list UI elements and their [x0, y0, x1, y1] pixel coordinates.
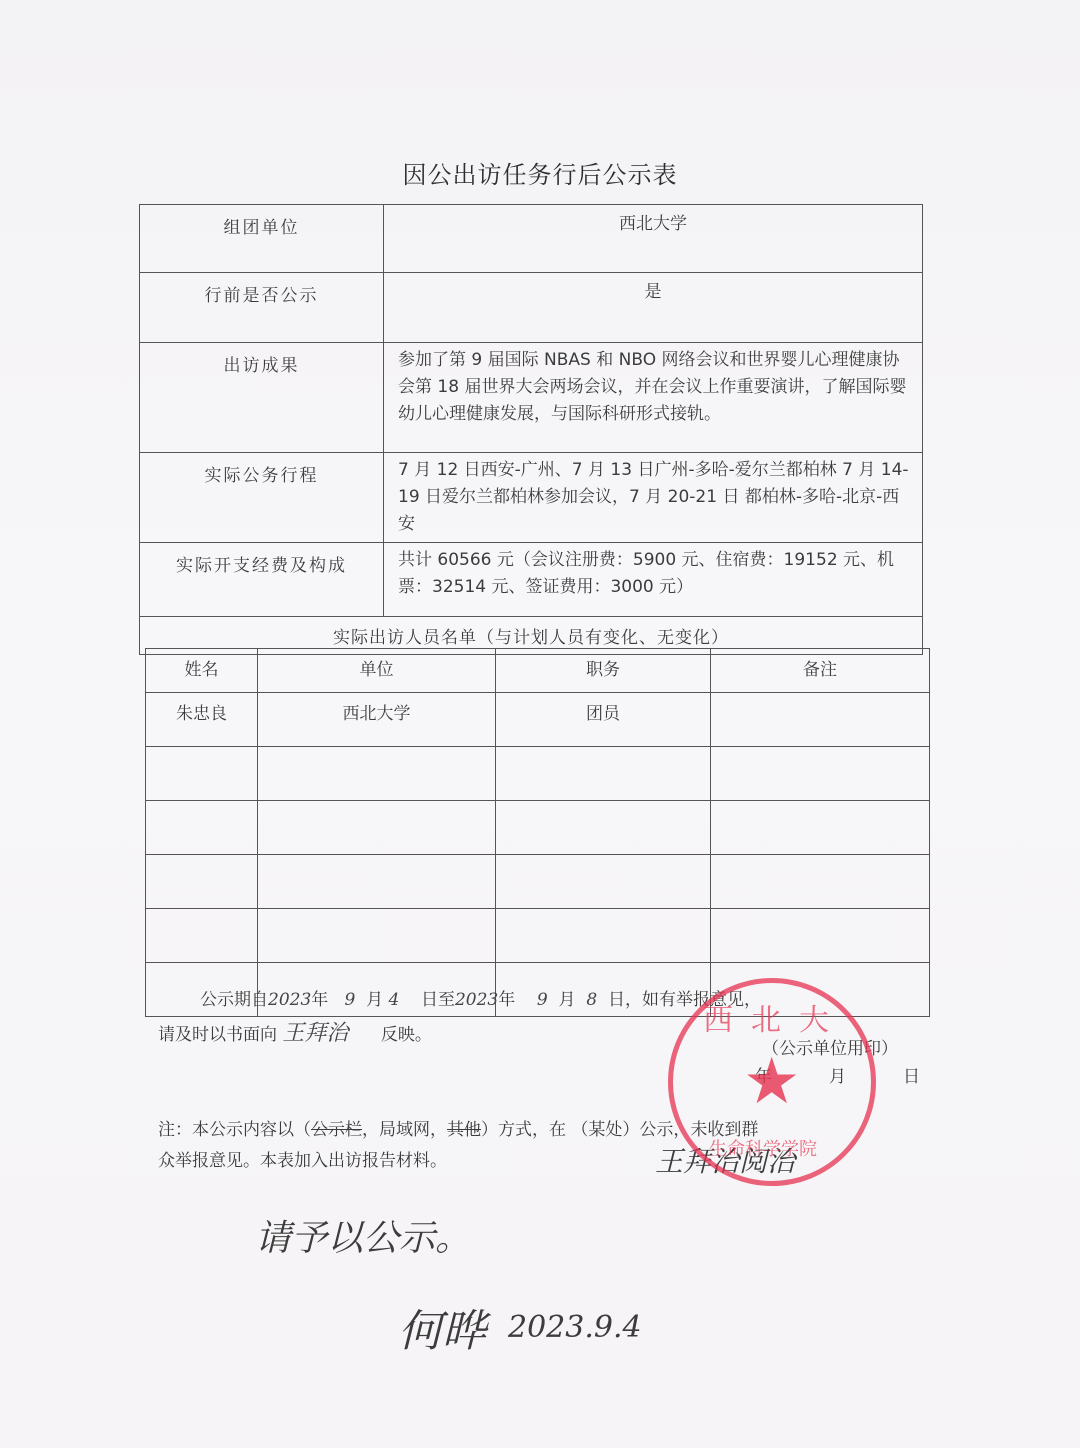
struck-option-bulletin: 公示栏 [311, 1120, 362, 1140]
start-month: 9 [344, 990, 355, 1010]
month-label: 月 [559, 990, 576, 1010]
stamp-date-labels: 年 月 日 [755, 1062, 920, 1087]
row-label: 实际开支经费及构成 [140, 543, 384, 617]
header-position: 职务 [496, 649, 711, 693]
notice-suffix: 日，如有举报意见， [608, 990, 761, 1010]
year-label: 年 [498, 990, 515, 1010]
approval-date: 2023.9.4 [508, 1310, 642, 1345]
table-row: 朱忠良 西北大学 团员 [146, 693, 930, 747]
table-row: 出访成果 参加了第 9 届国际 NBAS 和 NBO 网络会议和世界婴儿心理健康… [140, 343, 923, 453]
note-mid: ，局域网， [362, 1120, 447, 1140]
cell-remarks [711, 693, 930, 747]
cell-remarks [711, 801, 930, 855]
notice-period-line: 公示期自2023年 9 月 4 日至2023年 9 月 8 日，如有举报意见， [200, 985, 761, 1010]
cell-name [146, 909, 258, 963]
cell-position [496, 747, 711, 801]
cell-remarks [711, 747, 930, 801]
cell-name [146, 855, 258, 909]
row-label: 行前是否公示 [140, 273, 384, 343]
note-suffix: ）方式，在 （某处）公示，未收到群 [481, 1120, 758, 1140]
table-row [146, 909, 930, 963]
note-line-2: 众举报意见。本表加入出访报告材料。 [158, 1146, 447, 1171]
row-label: 出访成果 [140, 343, 384, 453]
cell-remarks [711, 909, 930, 963]
header-unit: 单位 [258, 649, 496, 693]
cell-remarks [711, 855, 930, 909]
cell-name [146, 801, 258, 855]
note-prefix: 注：本公示内容以（ [158, 1120, 311, 1140]
notice-contact-line: 请及时以书面向 王拜治 反映。 [158, 1016, 432, 1047]
header-name: 姓名 [146, 649, 258, 693]
document-page: 因公出访任务行后公示表 组团单位 西北大学 行前是否公示 是 出访成果 参加了第… [0, 0, 1080, 1448]
end-year: 2023 [455, 990, 498, 1010]
start-day: 4 [389, 990, 400, 1010]
table-row: 组团单位 西北大学 [140, 205, 923, 273]
start-year: 2023 [268, 990, 311, 1010]
table-row: 实际开支经费及构成 共计 60566 元（会议注册费：5900 元、住宿费：19… [140, 543, 923, 617]
row-value: 参加了第 9 届国际 NBAS 和 NBO 网络会议和世界婴儿心理健康协会第 1… [384, 343, 923, 453]
people-header-row: 姓名 单位 职务 备注 [146, 649, 930, 693]
row-value: 共计 60566 元（会议注册费：5900 元、住宿费：19152 元、机票：3… [384, 543, 923, 617]
cell-position [496, 801, 711, 855]
document-title: 因公出访任务行后公示表 [0, 155, 1080, 190]
month-label: 月 [829, 1062, 846, 1087]
table-row [146, 855, 930, 909]
cell-unit [258, 909, 496, 963]
info-table: 组团单位 西北大学 行前是否公示 是 出访成果 参加了第 9 届国际 NBAS … [139, 204, 923, 655]
row-label: 组团单位 [140, 205, 384, 273]
day-to-label: 日至 [421, 990, 455, 1010]
end-day: 8 [586, 990, 597, 1010]
table-row [146, 801, 930, 855]
cell-name: 朱忠良 [146, 693, 258, 747]
approval-comment: 请予以公示。 [255, 1210, 471, 1261]
cell-name [146, 747, 258, 801]
row-value: 是 [384, 273, 923, 343]
cell-unit: 西北大学 [258, 693, 496, 747]
stamp-label: （公示单位用印） [762, 1034, 898, 1059]
end-month: 9 [537, 990, 548, 1010]
contact-suffix: 反映。 [381, 1025, 432, 1045]
table-row [146, 747, 930, 801]
table-row: 实际公务行程 7 月 12 日西安-广州、7 月 13 日广州-多哈-爱尔兰都柏… [140, 453, 923, 543]
cell-unit [258, 747, 496, 801]
table-row: 行前是否公示 是 [140, 273, 923, 343]
contact-signature: 王拜治 [282, 1021, 348, 1046]
month-label: 月 [366, 990, 383, 1010]
cell-position: 团员 [496, 693, 711, 747]
year-label: 年 [311, 990, 328, 1010]
cell-unit [258, 855, 496, 909]
contact-prefix: 请及时以书面向 [158, 1025, 277, 1045]
note-line-1: 注：本公示内容以（公示栏，局域网，其他）方式，在 （某处）公示，未收到群 [158, 1115, 758, 1140]
people-table: 姓名 单位 职务 备注 朱忠良 西北大学 团员 [145, 648, 930, 1017]
row-label: 实际公务行程 [140, 453, 384, 543]
cell-position [496, 855, 711, 909]
note-signature: 王拜治阅治 [655, 1140, 795, 1180]
day-label: 日 [903, 1062, 920, 1087]
approval-signature: 何晔 [398, 1295, 486, 1359]
cell-position [496, 909, 711, 963]
notice-prefix: 公示期自 [200, 990, 268, 1010]
header-remarks: 备注 [711, 649, 930, 693]
struck-option-other: 其他 [447, 1120, 481, 1140]
year-label: 年 [755, 1062, 772, 1087]
cell-unit [258, 801, 496, 855]
row-value: 西北大学 [384, 205, 923, 273]
row-value: 7 月 12 日西安-广州、7 月 13 日广州-多哈-爱尔兰都柏林 7 月 1… [384, 453, 923, 543]
